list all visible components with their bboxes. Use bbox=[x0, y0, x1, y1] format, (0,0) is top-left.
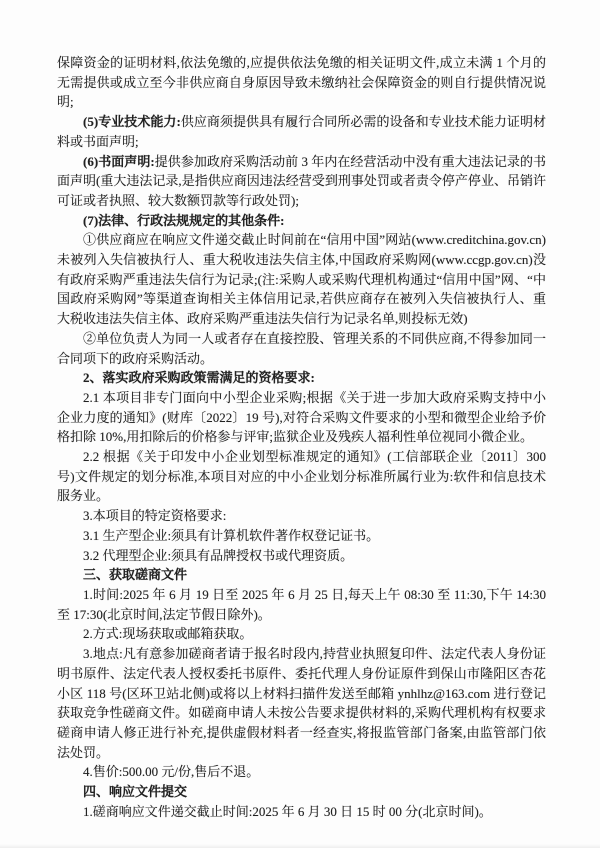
paragraph-4: (7)法律、行政法规规定的其他条件: bbox=[57, 211, 546, 231]
text-run: 1.磋商响应文件递交截止时间:2025 年 6 月 30 日 15 时 00 分… bbox=[83, 804, 492, 819]
text-run: 3.地点:凡有意参加磋商者请于报名时段内,持营业执照复印件、法定代表人身份证明书… bbox=[57, 646, 546, 760]
paragraph-11: 3.1 生产型企业:须具有计算机软件著作权登记证书。 bbox=[57, 526, 546, 546]
text-run: 3.本项目的特定资格要求: bbox=[83, 508, 226, 523]
paragraph-17: 4.售价:500.00 元/份,售后不退。 bbox=[57, 762, 546, 782]
text-run: 2.2 根据《关于印发中小企业划型标准规定的通知》(工信部联企业〔2011〕30… bbox=[57, 449, 546, 503]
text-run: ②单位负责人为同一人或者存在直接控股、管理关系的不同供应商,不得参加同一合同项下… bbox=[57, 331, 546, 366]
text-run: 1.时间:2025 年 6 月 19 日至 2025 年 6 月 25 日,每天… bbox=[57, 587, 546, 622]
text-run: ①供应商应在响应文件递交截止时间前在“信用中国”网站(www.creditchi… bbox=[57, 232, 546, 326]
paragraph-18: 四、响应文件提交 bbox=[57, 782, 546, 802]
text-run: 4.售价:500.00 元/份,售后不退。 bbox=[83, 764, 259, 779]
paragraph-15: 2.方式:现场获取或邮箱获取。 bbox=[57, 624, 546, 644]
paragraph-5: ①供应商应在响应文件递交截止时间前在“信用中国”网站(www.creditchi… bbox=[57, 230, 546, 329]
text-run: 3.1 生产型企业:须具有计算机软件著作权登记证书。 bbox=[83, 528, 379, 543]
paragraph-3: (6)书面声明:提供参加政府采购活动前 3 年内在经营活动中没有重大违法记录的书… bbox=[57, 152, 546, 211]
text-run: 2.1 本项目非专门面向中小型企业采购;根据《关于进一步加大政府采购支持中小企业… bbox=[57, 390, 546, 444]
text-run: 3.2 代理型企业:须具有品牌授权书或代理资质。 bbox=[83, 548, 353, 563]
text-run: 保障资金的证明材料,依法免缴的,应提供依法免缴的相关证明文件,成立未满 1 个月… bbox=[57, 55, 546, 109]
bold-text-run: (7)法律、行政法规规定的其他条件: bbox=[83, 213, 285, 228]
bold-text-run: 2、落实政府采购政策需满足的资格要求: bbox=[83, 370, 315, 385]
paragraph-16: 3.地点:凡有意参加磋商者请于报名时段内,持营业执照复印件、法定代表人身份证明书… bbox=[57, 644, 546, 762]
paragraph-14: 1.时间:2025 年 6 月 19 日至 2025 年 6 月 25 日,每天… bbox=[57, 585, 546, 624]
text-run: 2.方式:现场获取或邮箱获取。 bbox=[83, 626, 252, 641]
paragraph-2: (5)专业技术能力:供应商须提供具有履行合同所必需的设备和专业技术能力证明材料或… bbox=[57, 112, 546, 151]
paragraph-12: 3.2 代理型企业:须具有品牌授权书或代理资质。 bbox=[57, 546, 546, 566]
paragraph-9: 2.2 根据《关于印发中小企业划型标准规定的通知》(工信部联企业〔2011〕30… bbox=[57, 447, 546, 506]
bold-text-run: (5)专业技术能力: bbox=[83, 114, 181, 129]
bold-text-run: 三、获取磋商文件 bbox=[83, 567, 187, 582]
paragraph-7: 2、落实政府采购政策需满足的资格要求: bbox=[57, 368, 546, 388]
paragraph-6: ②单位负责人为同一人或者存在直接控股、管理关系的不同供应商,不得参加同一合同项下… bbox=[57, 329, 546, 368]
paragraph-10: 3.本项目的特定资格要求: bbox=[57, 506, 546, 526]
document-body: 保障资金的证明材料,依法免缴的,应提供依法免缴的相关证明文件,成立未满 1 个月… bbox=[57, 53, 546, 821]
bold-text-run: 四、响应文件提交 bbox=[83, 784, 187, 799]
paragraph-13: 三、获取磋商文件 bbox=[57, 565, 546, 585]
document-page: 保障资金的证明材料,依法免缴的,应提供依法免缴的相关证明文件,成立未满 1 个月… bbox=[0, 0, 600, 848]
paragraph-8: 2.1 本项目非专门面向中小型企业采购;根据《关于进一步加大政府采购支持中小企业… bbox=[57, 388, 546, 447]
page-bottom-edge bbox=[0, 844, 600, 848]
bold-text-run: (6)书面声明: bbox=[83, 154, 155, 169]
paragraph-19: 1.磋商响应文件递交截止时间:2025 年 6 月 30 日 15 时 00 分… bbox=[57, 802, 546, 822]
paragraph-1: 保障资金的证明材料,依法免缴的,应提供依法免缴的相关证明文件,成立未满 1 个月… bbox=[57, 53, 546, 112]
